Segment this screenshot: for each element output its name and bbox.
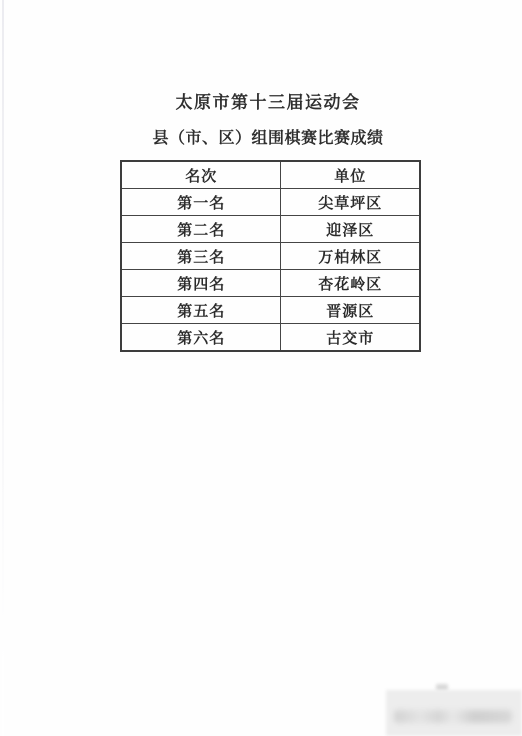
watermark-blurred-text: [394, 710, 512, 723]
table-row: 第三名万柏林区: [121, 243, 420, 270]
table-cell: 杏花岭区: [281, 270, 420, 297]
table-header-row: 名次单位: [121, 161, 420, 189]
table-header-cell: 名次: [121, 161, 281, 189]
document-title-line1: 太原市第十三届运动会: [0, 88, 522, 113]
table-cell: 尖草坪区: [281, 189, 420, 216]
table-row: 第一名尖草坪区: [121, 189, 420, 216]
table-row: 第五名晋源区: [121, 297, 420, 324]
table-header-cell: 单位: [281, 161, 420, 189]
table-row: 第四名杏花岭区: [121, 270, 420, 297]
table-cell: 第二名: [121, 216, 281, 243]
results-table-header: 名次单位: [121, 161, 420, 189]
results-table-body: 第一名尖草坪区第二名迎泽区第三名万柏林区第四名杏花岭区第五名晋源区第六名古交市: [121, 189, 420, 352]
table-cell: 第六名: [121, 324, 281, 352]
table-cell: 迎泽区: [281, 216, 420, 243]
table-cell: 万柏林区: [281, 243, 420, 270]
document-title-line2: 县（市、区）组围棋赛比赛成绩: [0, 125, 522, 148]
table-row: 第二名迎泽区: [121, 216, 420, 243]
table-cell: 第四名: [121, 270, 281, 297]
document-title-block: 太原市第十三届运动会 县（市、区）组围棋赛比赛成绩: [0, 88, 522, 148]
table-cell: 第三名: [121, 243, 281, 270]
watermark: [386, 690, 522, 736]
table-cell: 古交市: [281, 324, 420, 352]
results-table: 名次单位 第一名尖草坪区第二名迎泽区第三名万柏林区第四名杏花岭区第五名晋源区第六…: [120, 160, 421, 352]
scanned-document-page: 太原市第十三届运动会 县（市、区）组围棋赛比赛成绩 名次单位 第一名尖草坪区第二…: [0, 0, 522, 736]
table-cell: 第五名: [121, 297, 281, 324]
table-cell: 晋源区: [281, 297, 420, 324]
table-cell: 第一名: [121, 189, 281, 216]
table-row: 第六名古交市: [121, 324, 420, 352]
